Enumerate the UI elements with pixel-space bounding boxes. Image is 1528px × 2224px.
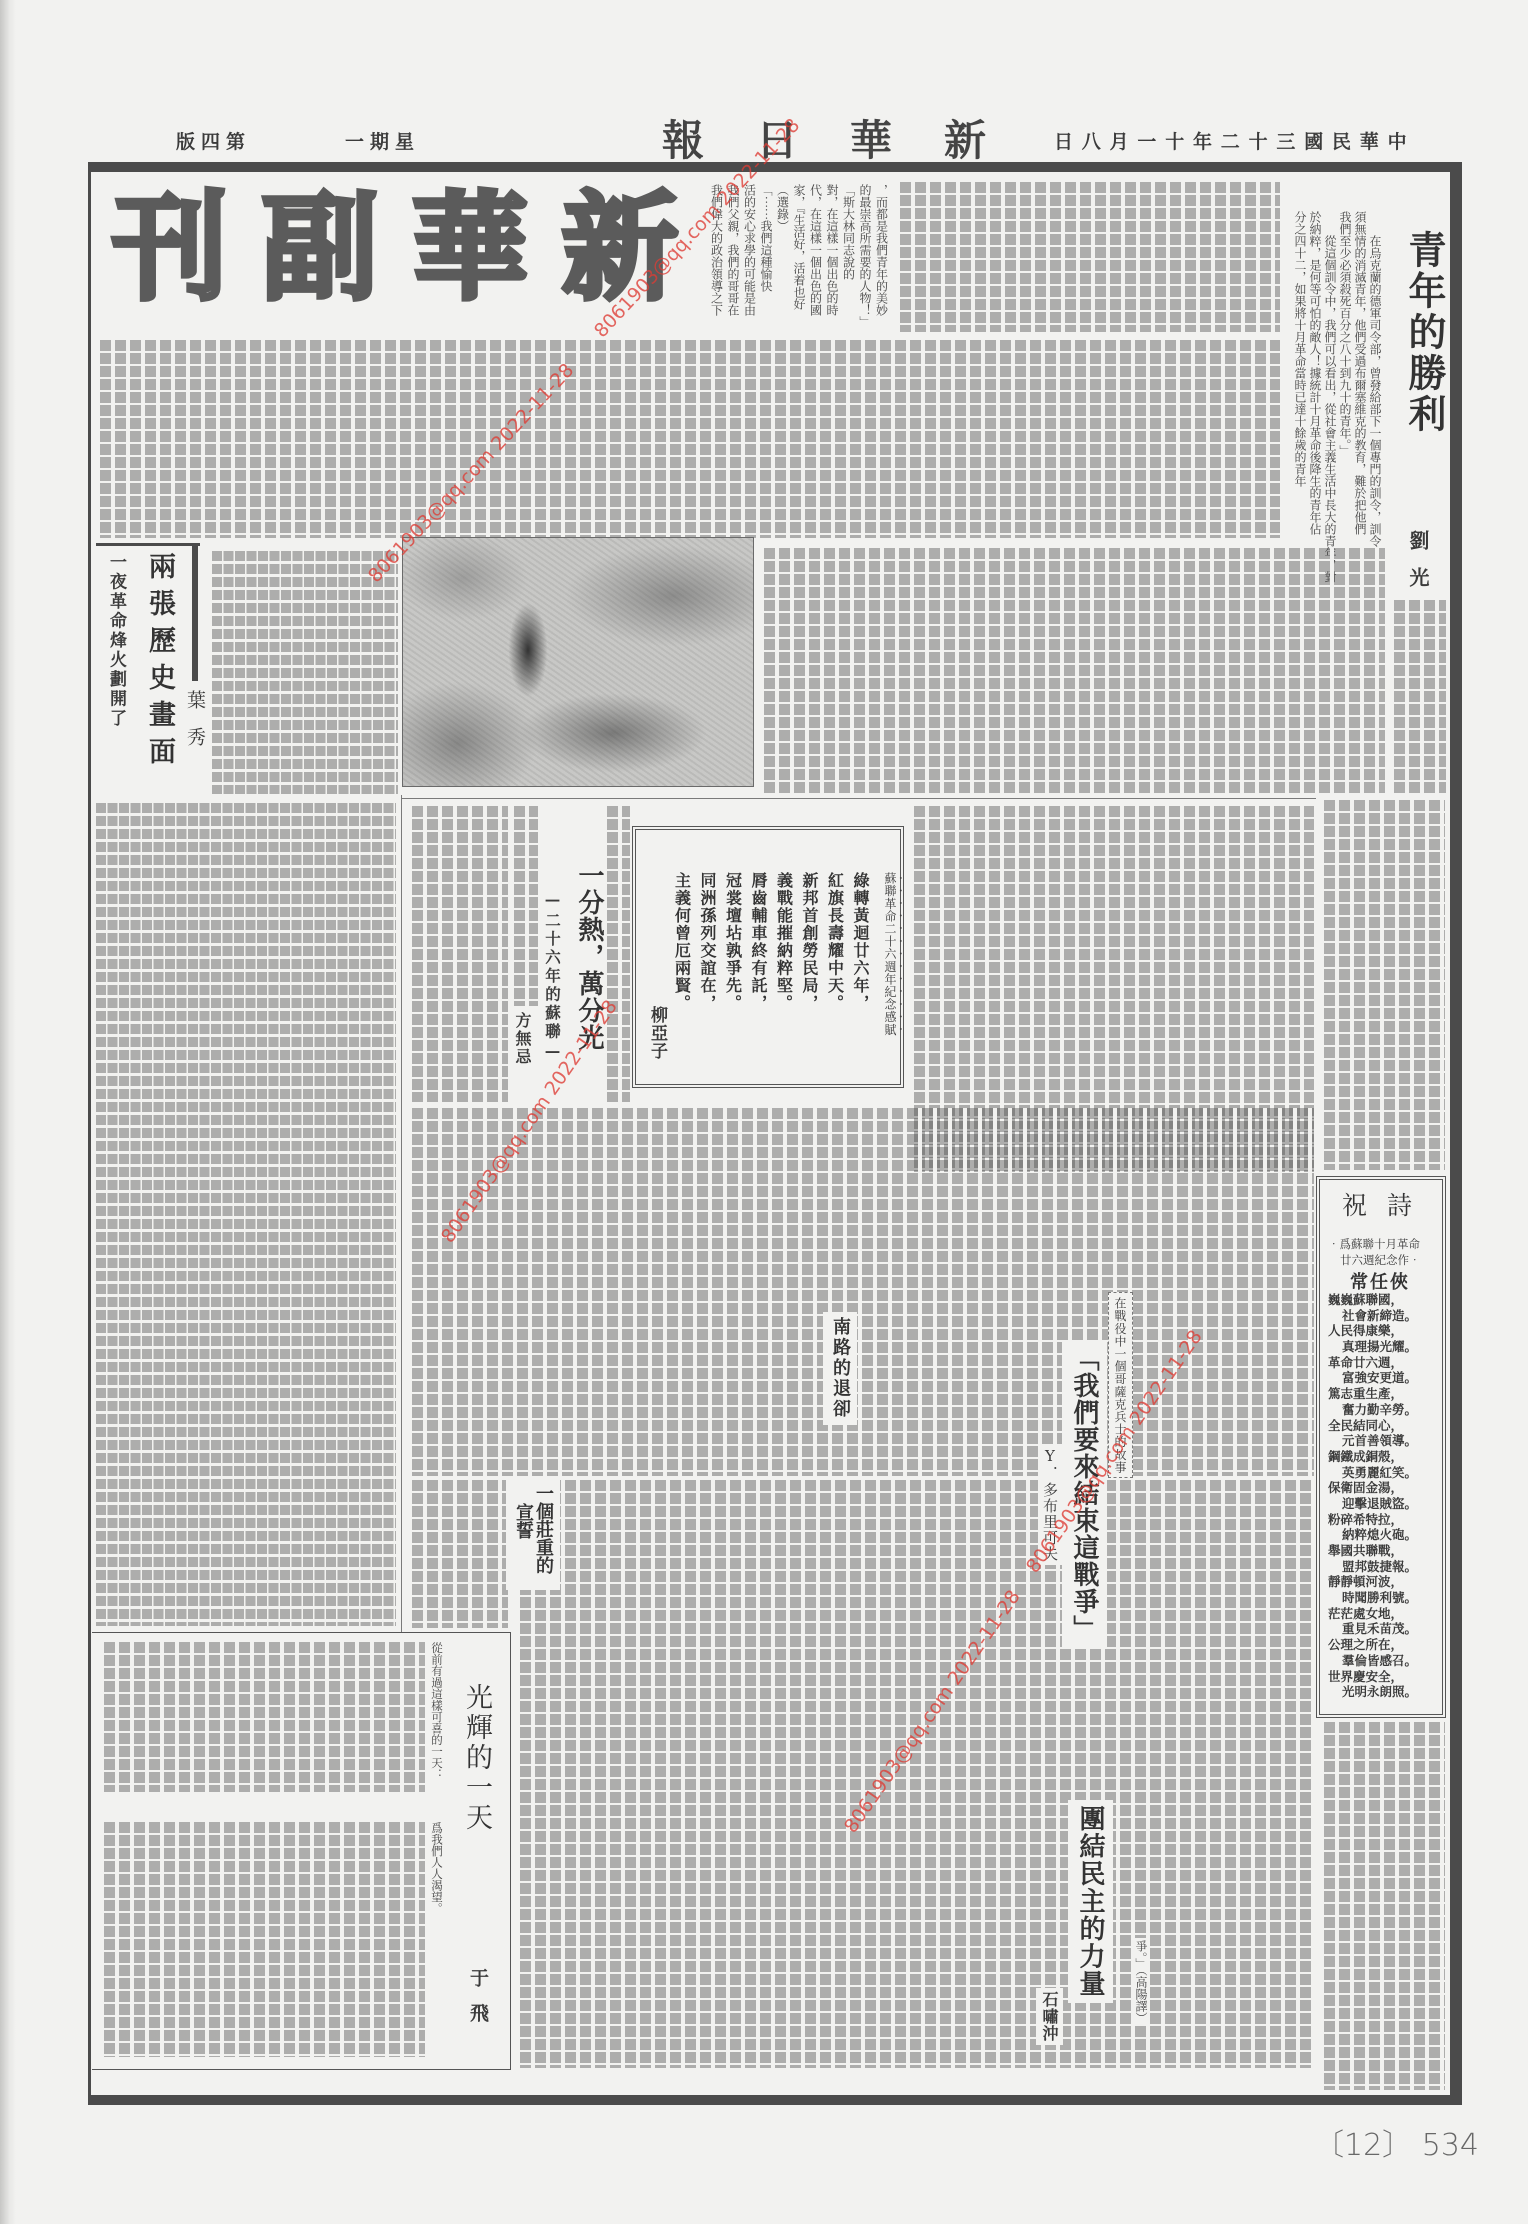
issue-reference: 〔12〕 <box>1314 2128 1412 2163</box>
poem-line: 重見禾苗茂。 <box>1328 1621 1417 1637</box>
text-column: 分之四十二，如果將十月革命當時已達十餘歲的青年 <box>1292 211 1307 546</box>
article-title-history-pictures: 兩張歷史畫面 <box>140 552 179 774</box>
poem-line: 英勇麗紅笑。 <box>1328 1465 1417 1481</box>
article-title-south-retreat: 南路的退卻 <box>823 1312 857 1425</box>
congrats-poem-subtitle-line2: 廿六週紀念作‧ <box>1340 1252 1421 1268</box>
poem-line: 奮力勤辛勞。 <box>1328 1402 1417 1418</box>
text-column: 從這個訓令中，我們可以看出，從社會主義生活中長大的青年，對 <box>1322 211 1337 546</box>
article-author-unity-democracy: 石嘯沖 <box>1036 1988 1063 2045</box>
article-author-one-heat: 方無忌 <box>510 1010 535 1068</box>
masthead-weekday: 星期一 <box>345 127 420 154</box>
supplement-title: 新華副刊 <box>112 190 712 306</box>
poem-line: 盟邦鼓捷報。 <box>1328 1559 1417 1575</box>
poem-line: 革命廿六週， <box>1328 1355 1417 1371</box>
poem-line: 世界慶安全， <box>1328 1669 1417 1685</box>
youth-victory-quote-text: ，而都是我們青年的美妙 的最崇高所需要的人物！」 「斯大林同志說的 對，在這樣一… <box>708 184 890 334</box>
poem-line: 舉國共聯戰， <box>1328 1543 1417 1559</box>
text-column: 家，『生活好，活着也好 <box>791 184 808 334</box>
column-divider <box>401 795 402 1632</box>
frame-right-rule <box>1450 162 1462 2105</box>
text-column: ，而都是我們青年的美妙 <box>873 184 890 334</box>
article-author-glorious-day: 于飛 <box>465 1968 492 2038</box>
text-column: 活的安心求學的可能是由 <box>741 184 758 334</box>
text-column: 代，在這樣一個出色的國 <box>807 184 824 334</box>
poem-line: 富強安更道。 <box>1328 1370 1417 1386</box>
poem-line: 主義何曾厄兩賢。 <box>669 872 695 1012</box>
article-body-text <box>408 1480 508 1628</box>
poem-line: 光明永朗照。 <box>1328 1684 1417 1700</box>
article-body-text <box>212 548 398 794</box>
page-number: 534 <box>1422 2128 1479 2163</box>
youth-victory-opening-text: 在烏克蘭的德軍司令部，曾發給部下一個專門的訓令，訓令 須無情的消滅青年，他們受過… <box>1292 211 1382 546</box>
glorious-day-line: 從前有過這樣可喜的一天： <box>429 1642 445 1780</box>
text-column: 「斯大林同志說的 <box>840 184 857 334</box>
anniversary-poem-author: 柳亞子 <box>645 1006 670 1060</box>
poem-line: 真理揚光耀。 <box>1328 1339 1417 1355</box>
poem-line: 靜靜頓河波， <box>1328 1574 1417 1590</box>
poem-line: 全民結同心， <box>1328 1418 1417 1434</box>
poem-line: 新邦首創勞民局， <box>797 872 823 1012</box>
poem-line: 元首善領導。 <box>1328 1433 1417 1449</box>
congrats-poem-title: 祝詩 <box>1342 1186 1432 1222</box>
text-column: （選錄） <box>774 184 791 334</box>
article-body-text <box>96 340 1280 538</box>
congrats-poem-lines: 巍巍蘇聯國， 社會新締造。 人民得康樂， 真理揚光耀。 革命廿六週， 富強安更道… <box>1328 1292 1417 1700</box>
poem-body-text <box>100 1822 425 2057</box>
article-body-text <box>510 806 538 1006</box>
article-body-text <box>1390 600 1446 794</box>
poem-line: 迎擊退賊盜。 <box>1328 1496 1417 1512</box>
frame-top-rule <box>88 162 1462 172</box>
text-column: 於納粹，是何等可怕的敵人！據統計十月革命後降生的青年佔 <box>1307 211 1322 546</box>
heading-box-rule <box>96 543 200 546</box>
text-column: 我們至少必須殺死百分之八十到九十的青年。」 <box>1337 211 1352 546</box>
poem-line: 鋼鐵成銅殼， <box>1328 1449 1417 1465</box>
article-title-solemn-oath-line2: 宣誓 <box>510 1503 536 1539</box>
text-column: 的最崇高所需要的人物！」 <box>857 184 874 334</box>
poem-line: 篤志重生產， <box>1328 1386 1417 1402</box>
end-war-closing-text: 爭。」（高陽譯） <box>1132 1938 1149 2026</box>
article-body-text <box>760 548 1385 794</box>
text-column: 對，在這樣一個出色的時 <box>824 184 841 334</box>
poem-line: 羣倫皆感召。 <box>1328 1653 1417 1669</box>
heading-box-rule <box>192 543 198 681</box>
article-body-text <box>896 182 1280 332</box>
poem-line: 同洲孫列交誼在， <box>695 872 721 1012</box>
frame-bottom-rule <box>88 2095 1462 2105</box>
poem-line: 粉碎希特拉， <box>1328 1512 1417 1528</box>
text-column: 「⋯⋯我們這種愉快 <box>758 184 775 334</box>
congrats-poem-subtitle-line1: ‧爲蘇聯十月革命 <box>1328 1236 1420 1252</box>
masthead-newspaper-name: 新華日報 <box>662 108 1038 168</box>
page-footer: 〔12〕 534 <box>1314 2120 1479 2164</box>
anniversary-poem-heading: 蘇聯革命二十六週年紀念感賦 <box>882 872 904 1036</box>
article-body-text <box>96 800 396 1626</box>
text-column: 須無情的消滅青年，他們受過布爾塞維克的教育，難於把他們 <box>1352 211 1367 546</box>
poem-line: 義戰能摧納粹堅。 <box>771 872 797 1012</box>
article-author-history-pictures: 葉秀 <box>182 690 209 764</box>
poem-line: 綠轉黃迴廿六年， <box>848 872 874 1012</box>
poem-line: 保衛固金湯， <box>1328 1480 1417 1496</box>
article-subtitle-one-heat: —二十六年的蘇聯— <box>541 890 563 1064</box>
congrats-poem-author: 常任俠 <box>1350 1268 1410 1294</box>
poem-line: 茫茫處女地， <box>1328 1606 1417 1622</box>
poem-line: 冠裳壇坫孰爭先。 <box>720 872 746 1012</box>
article-author-youth-victory: 劉光 <box>1404 530 1433 604</box>
news-photo <box>402 537 754 787</box>
poem-line: 紅旗長壽耀中天。 <box>822 872 848 1012</box>
article-title-unity-democracy: 團結民主的力量 <box>1068 1800 1113 2003</box>
frame-left-rule <box>88 162 91 2105</box>
text-column: 在烏克蘭的德軍司令部，曾發給部下一個專門的訓令，訓令 <box>1367 211 1382 546</box>
poem-line: 脣齒輔車終有託， <box>746 872 772 1012</box>
article-body-text <box>1320 1722 1445 2090</box>
poem-line: 巍巍蘇聯國， <box>1328 1292 1417 1308</box>
poem-body-text <box>100 1642 425 1792</box>
article-body-text <box>408 806 508 1102</box>
article-title-youth-victory: 青年的勝利 <box>1397 230 1452 435</box>
section-divider <box>402 798 1316 799</box>
scan-binding-shadow <box>0 0 16 2224</box>
article-body-text <box>516 1480 1314 2068</box>
article-subtitle-history-pictures: 一夜革命烽火劃開了 <box>104 553 129 729</box>
poem-line: 時聞勝利號。 <box>1328 1590 1417 1606</box>
anniversary-poem-lines: 綠轉黃迴廿六年， 紅旗長壽耀中天。 新邦首創勞民局， 義戰能摧納粹堅。 脣齒輔車… <box>669 872 873 1012</box>
article-title-glorious-day: 光輝的一天 <box>457 1683 496 1833</box>
masthead-page-number: 第四版 <box>176 127 251 154</box>
poem-line: 社會新締造。 <box>1328 1308 1417 1324</box>
poem-line: 公理之所在， <box>1328 1637 1417 1653</box>
poem-line: 納粹熄火砲。 <box>1328 1527 1417 1543</box>
article-body-text <box>1320 800 1445 1170</box>
glorious-day-line: 爲我們人人渴望。 <box>429 1822 445 1914</box>
poem-line: 人民得康樂， <box>1328 1323 1417 1339</box>
masthead-date: 中華民國三十二年十一月八日 <box>1054 127 1415 154</box>
article-body-text <box>408 1108 1314 1476</box>
